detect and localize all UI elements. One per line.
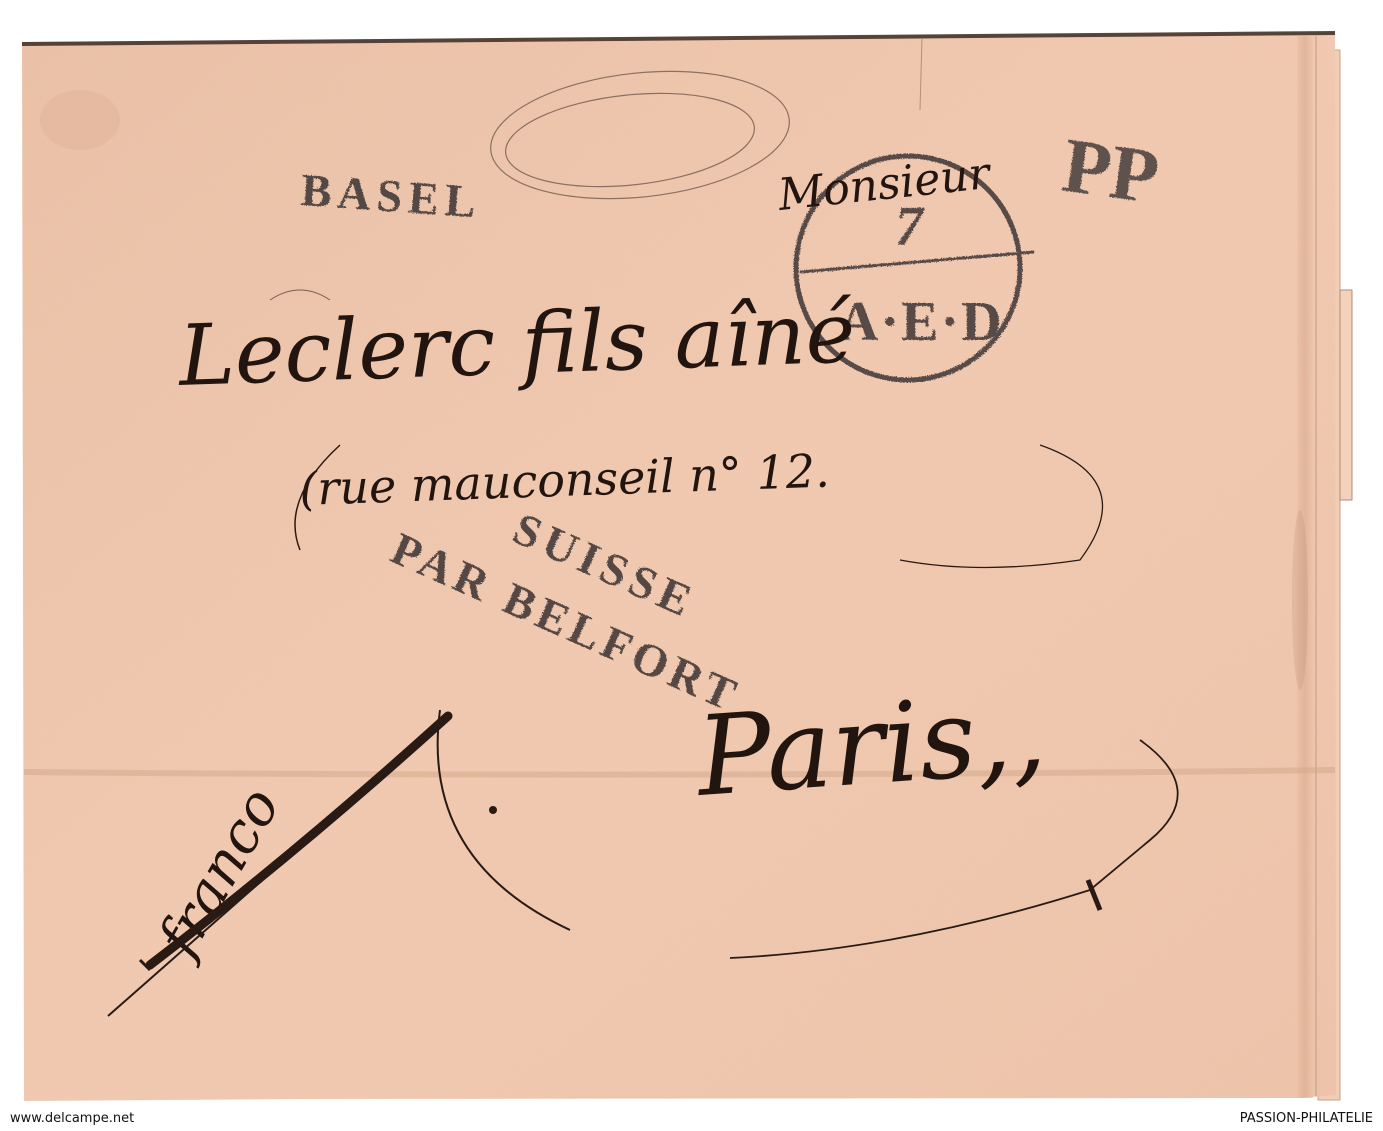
pp-paid-mark: PP — [1058, 121, 1164, 220]
seller-name: PASSION-PHILATELIE — [1240, 1111, 1373, 1126]
svg-text:PP: PP — [1058, 121, 1164, 220]
watermark-delcampe: www.delcampe.net — [10, 1111, 134, 1126]
svg-text:A·E·D: A·E·D — [838, 291, 1004, 353]
postal-cover-scan: BASEL PP 7 A·E·D SUISSE PAR BELFORT Mons… — [0, 0, 1383, 1131]
cover-drawing: BASEL PP 7 A·E·D SUISSE PAR BELFORT Mons… — [0, 0, 1383, 1131]
svg-text:Paris,,: Paris,, — [691, 669, 1050, 821]
